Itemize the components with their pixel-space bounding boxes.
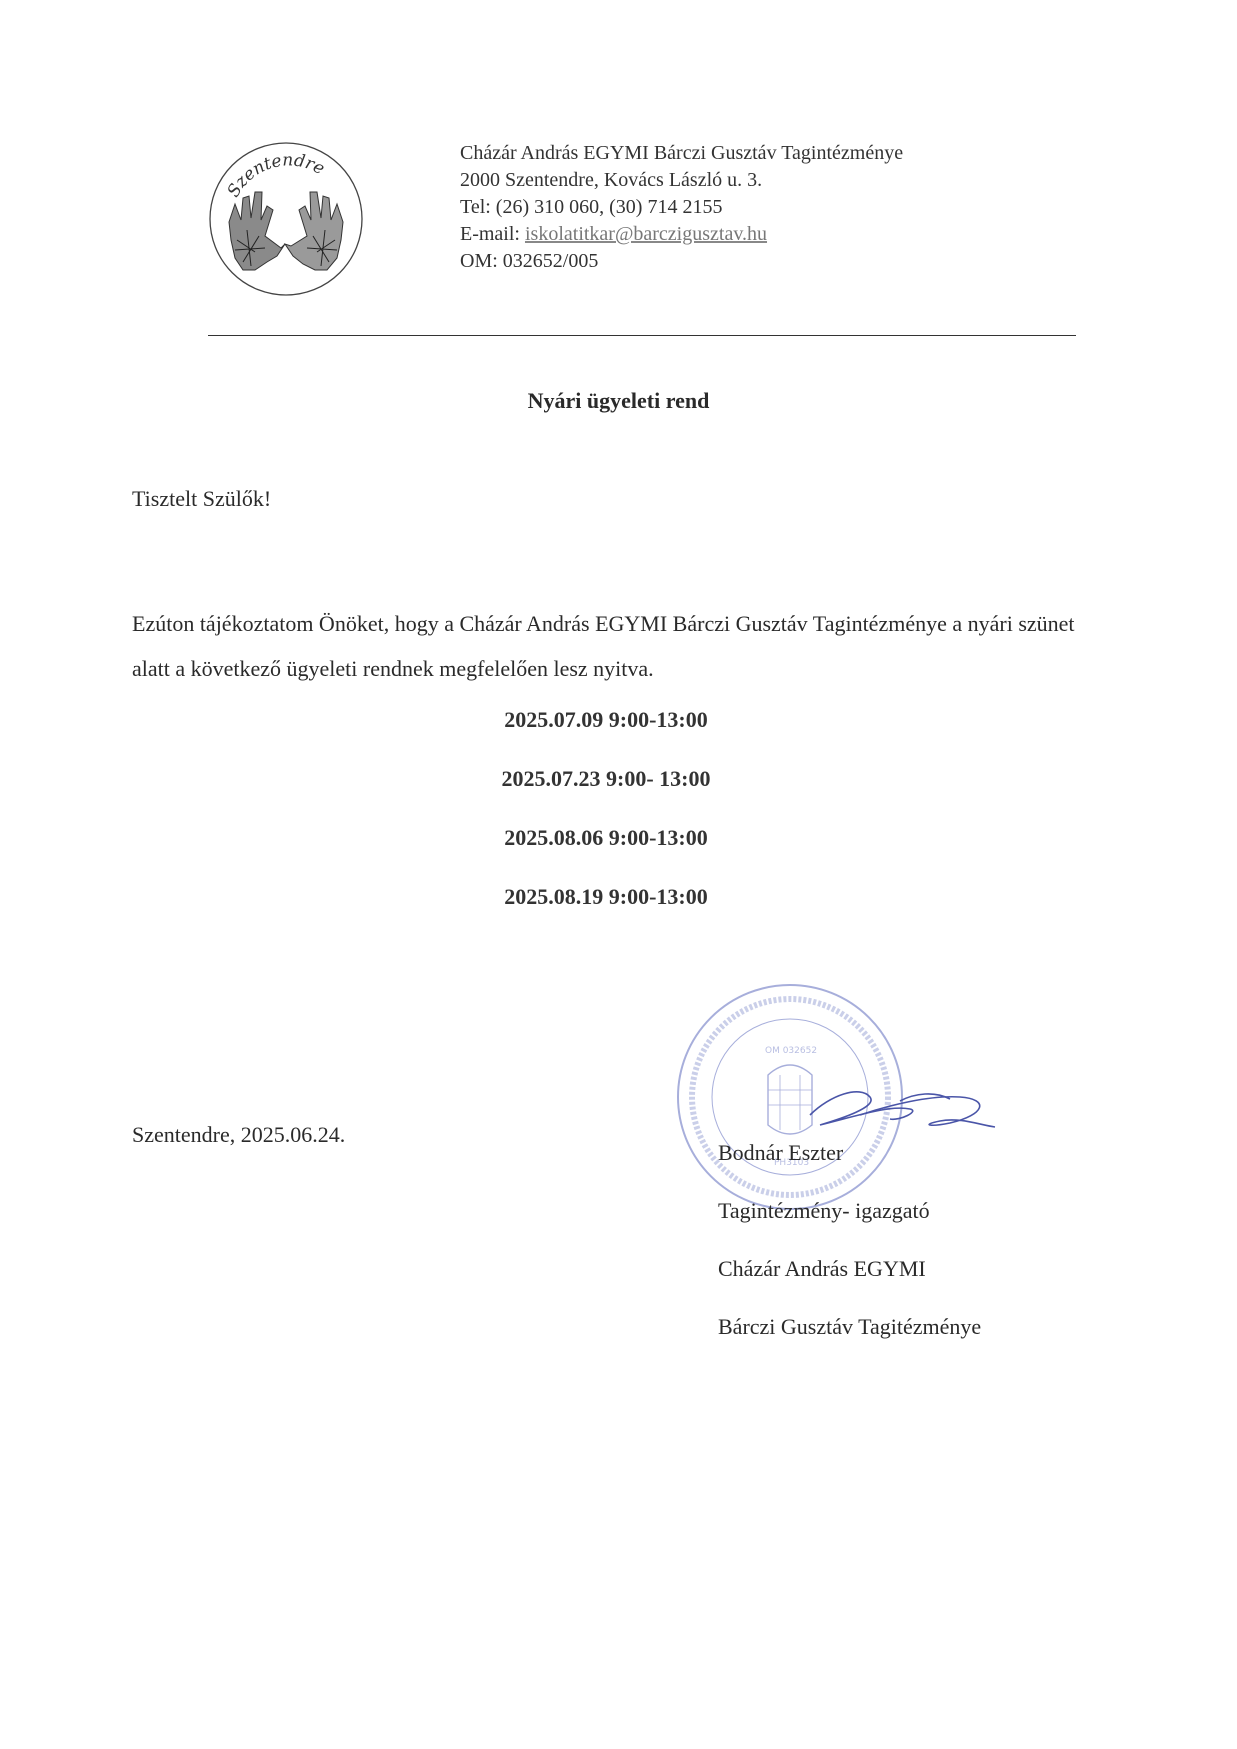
email-label: E-mail: <box>460 223 525 245</box>
signatory-org-line1: Cházár András EGYMI <box>718 1240 981 1298</box>
schedule-item: 2025.07.23 9:00- 13:00 <box>0 764 1212 823</box>
letterhead: Cházár András EGYMI Bárczi Gusztáv Tagin… <box>460 140 903 275</box>
signatory-name: Bodnár Eszter <box>718 1124 981 1182</box>
document-title: Nyári ügyeleti rend <box>0 388 1237 414</box>
schedule-item: 2025.07.09 9:00-13:00 <box>0 705 1212 764</box>
institution-email-line: E-mail: iskolatitkar@barczigusztav.hu <box>460 221 903 248</box>
schedule-item: 2025.08.19 9:00-13:00 <box>0 882 1212 941</box>
signature-block: Bodnár Eszter Tagintézmény- igazgató Chá… <box>718 1124 981 1356</box>
institution-name: Cházár András EGYMI Bárczi Gusztáv Tagin… <box>460 140 903 167</box>
schedule-item: 2025.08.06 9:00-13:00 <box>0 823 1212 882</box>
institution-om: OM: 032652/005 <box>460 248 903 275</box>
body-paragraph: Ezúton tájékoztatom Önöket, hogy a Cházá… <box>132 601 1092 691</box>
institution-phone: Tel: (26) 310 060, (30) 714 2155 <box>460 194 903 221</box>
header-divider <box>208 335 1076 336</box>
hands-logo-icon: Szentendre <box>207 140 365 298</box>
place-and-date: Szentendre, 2025.06.24. <box>132 1122 345 1148</box>
signatory-org-line2: Bárczi Gusztáv Tagitézménye <box>718 1298 981 1356</box>
signatory-role: Tagintézmény- igazgató <box>718 1182 981 1240</box>
schedule-list: 2025.07.09 9:00-13:00 2025.07.23 9:00- 1… <box>0 705 1212 941</box>
svg-text:OM 032652: OM 032652 <box>765 1046 817 1056</box>
email-link[interactable]: iskolatitkar@barczigusztav.hu <box>525 223 767 245</box>
greeting: Tisztelt Szülők! <box>132 486 271 512</box>
institution-address: 2000 Szentendre, Kovács László u. 3. <box>460 167 903 194</box>
